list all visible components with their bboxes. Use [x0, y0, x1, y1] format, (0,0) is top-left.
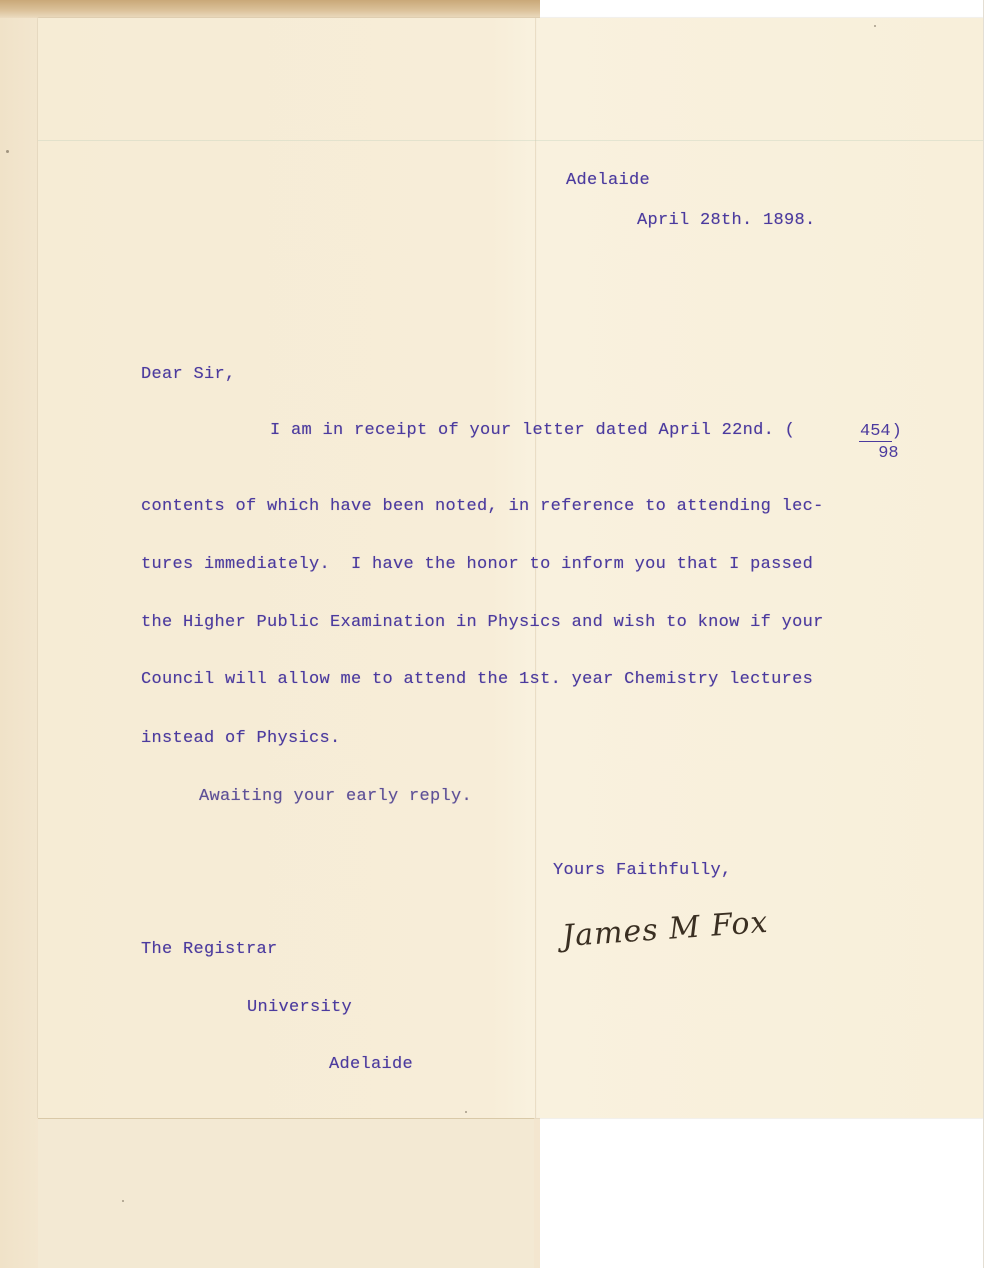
body-line-2: contents of which have been noted, in re…: [141, 497, 824, 516]
scan-margin: [983, 0, 1000, 1268]
paper-speck: [122, 1200, 124, 1202]
body-line-4: the Higher Public Examination in Physics…: [141, 613, 824, 632]
body-line-6: instead of Physics.: [141, 729, 341, 748]
closing-paragraph: Awaiting your early reply.: [199, 787, 472, 806]
heading-place: Adelaide: [566, 171, 650, 190]
reference-denominator: 98: [859, 445, 902, 462]
reference-numerator: 454: [859, 423, 892, 442]
salutation: Dear Sir,: [141, 365, 236, 384]
paper-speck: [874, 25, 876, 27]
body-line-3: tures immediately. I have the honor to i…: [141, 555, 813, 574]
reference-number: 454) 98: [859, 423, 902, 462]
paper-speck: [6, 150, 9, 153]
body-line-5: Council will allow me to attend the 1st.…: [141, 670, 813, 689]
addressee-line-3: Adelaide: [329, 1055, 413, 1074]
heading-date: April 28th. 1898.: [637, 211, 816, 230]
body-line-1: I am in receipt of your letter dated Apr…: [270, 421, 795, 440]
addressee-line-1: The Registrar: [141, 940, 278, 959]
valediction: Yours Faithfully,: [553, 861, 732, 880]
back-sheet-bottom-strip: [38, 1118, 534, 1268]
paper-speck: [465, 1111, 467, 1113]
reference-close-paren: ): [892, 422, 902, 441]
scanned-letter: Adelaide April 28th. 1898. Dear Sir, I a…: [0, 0, 1000, 1268]
back-sheet-top-edge: [0, 0, 540, 18]
addressee-line-2: University: [247, 998, 352, 1017]
